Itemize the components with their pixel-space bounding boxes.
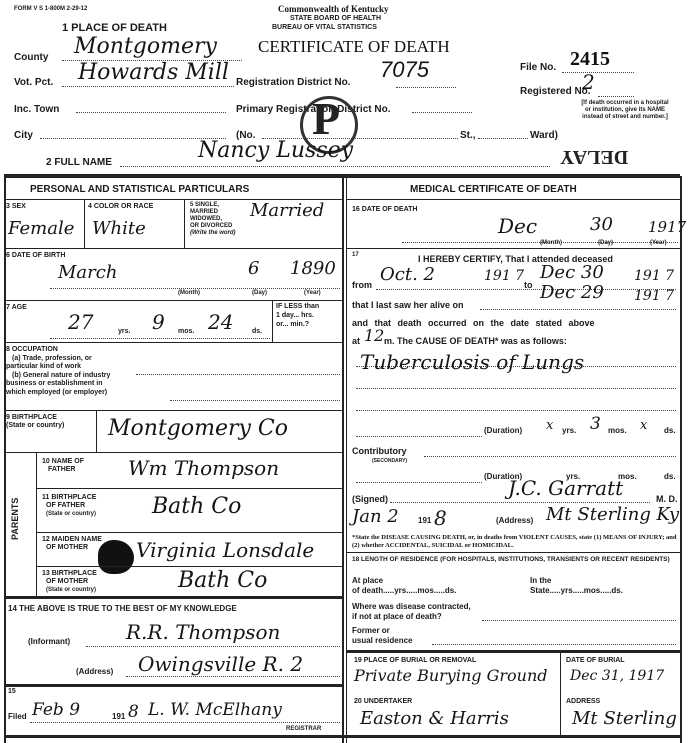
- age-months: 9: [152, 310, 165, 334]
- label-line: 13 BIRTHPLACE: [42, 570, 97, 578]
- md-label: M. D.: [656, 494, 678, 504]
- burial-label: 19 PLACE OF BURIAL OR REMOVAL: [354, 657, 476, 664]
- marital-label-line: MARRIED: [190, 209, 236, 216]
- divider: [184, 200, 185, 248]
- duration-mos[interactable]: 3: [590, 414, 601, 434]
- mother-name-value[interactable]: Virginia Lonsdale: [136, 538, 314, 562]
- duration-ds[interactable]: x: [640, 418, 647, 433]
- ink-blot: [98, 540, 134, 574]
- to-label: to: [524, 280, 533, 290]
- ward-field[interactable]: [478, 128, 528, 139]
- filed-year-prefix: 191: [112, 712, 125, 721]
- occupation-line: particular kind of work: [6, 363, 110, 372]
- occupation-line: (a) Trade, profession, or: [6, 355, 110, 364]
- last-saw-field[interactable]: [480, 303, 676, 310]
- less-than-label: IF LESS than 1 day... hrs. or... min.?: [276, 302, 319, 329]
- label-line: FATHER: [42, 466, 84, 474]
- last-saw-label: that I last saw her alive on: [352, 300, 464, 310]
- registration-district-field[interactable]: 7075: [396, 75, 456, 88]
- less-than-line: 1 day... hrs.: [276, 311, 319, 320]
- full-name-field[interactable]: Nancy Lussey: [120, 156, 550, 167]
- ds-label: ds.: [252, 328, 262, 335]
- marital-label-line: OR DIVORCED: [190, 223, 236, 230]
- yrs-label: yrs.: [562, 426, 576, 435]
- last-saw-value: Dec 29: [540, 282, 604, 303]
- undertaker-address-label: ADDRESS: [566, 698, 600, 705]
- ds-label-2: ds.: [664, 472, 676, 481]
- registration-district-label: Registration District No.: [236, 77, 350, 88]
- birthplace-sub: (State or country): [6, 422, 64, 430]
- occupation-line: business or establishment in: [6, 380, 110, 389]
- sex-label: 3 SEX: [6, 203, 26, 210]
- informant-label: (Informant): [28, 637, 70, 646]
- cause-value: Tuberculosis of Lungs: [360, 350, 584, 374]
- medical-heading: MEDICAL CERTIFICATE OF DEATH: [410, 184, 577, 195]
- age-label: 7 AGE: [6, 304, 27, 311]
- day-caption: (Day): [252, 290, 267, 296]
- day-caption: (Day): [598, 240, 613, 246]
- personal-heading: PERSONAL AND STATISTICAL PARTICULARS: [30, 184, 249, 195]
- from-label: from: [352, 280, 372, 290]
- month-caption: (Month): [540, 240, 562, 246]
- divider: [560, 652, 561, 736]
- at-label: at: [352, 336, 360, 346]
- contracted-field[interactable]: [482, 616, 676, 621]
- file-no-label: File No.: [520, 62, 556, 73]
- certificate-title: CERTIFICATE OF DEATH: [258, 37, 450, 57]
- label-line: 11 BIRTHPLACE: [42, 494, 96, 502]
- divider: [5, 596, 342, 599]
- registered-no-label: Registered No.: [520, 86, 591, 97]
- residence-heading: 18 LENGTH OF RESIDENCE (FOR HOSPITALS, I…: [352, 556, 678, 564]
- dod-year: 1917: [648, 218, 686, 236]
- former-residence-label: Former or usual residence: [352, 626, 412, 646]
- occupation-a-field[interactable]: [136, 370, 340, 375]
- frame-right: [680, 176, 682, 743]
- divider: [5, 248, 342, 249]
- father-birthplace-value[interactable]: Bath Co: [152, 494, 241, 519]
- mother-birthplace-value[interactable]: Bath Co: [178, 568, 267, 593]
- month-caption: (Month): [178, 290, 200, 296]
- divider: [347, 650, 680, 653]
- dob-year: 1890: [290, 258, 336, 279]
- birthplace-value[interactable]: Montgomery Co: [108, 416, 288, 441]
- birthplace-label: 9 BIRTHPLACE (State or country): [6, 414, 64, 430]
- dod-day: 30: [590, 214, 613, 235]
- label-line: At place: [352, 576, 456, 586]
- to-value: Dec 30: [540, 262, 604, 283]
- marital-label-line: (Write the word): [190, 230, 236, 237]
- footnote: *State the DISEASE CAUSING DEATH, or, in…: [352, 534, 678, 550]
- label-line: (State or country): [42, 510, 96, 518]
- year-caption: (Year): [650, 240, 667, 246]
- doctor-address-label: (Address): [496, 516, 533, 525]
- divider: [5, 342, 342, 343]
- parents-label: PARENTS: [10, 498, 20, 540]
- burial-value[interactable]: Private Burying Ground: [354, 666, 548, 685]
- divider: [37, 566, 342, 567]
- divider: [5, 684, 342, 687]
- former-residence-field[interactable]: [432, 640, 676, 645]
- label-line: Former or: [352, 626, 412, 636]
- mother-birthplace-label: 13 BIRTHPLACE OF MOTHER (State or countr…: [42, 570, 97, 594]
- filed-no: 15: [8, 688, 16, 695]
- full-name-label: 2 FULL NAME: [46, 157, 112, 168]
- undertaker-address-value[interactable]: Mt Sterling: [572, 708, 677, 729]
- occupation-line: which employed (or employer): [6, 389, 110, 398]
- bureau-name: BUREAU OF VITAL STATISTICS: [272, 24, 377, 31]
- label-line: OF FATHER: [42, 502, 96, 510]
- filed-date: Feb 9: [32, 700, 80, 720]
- label-line: usual residence: [352, 636, 412, 646]
- divider: [347, 248, 680, 249]
- divider: [37, 532, 342, 533]
- cause-line-2[interactable]: [356, 384, 676, 389]
- label-line: 10 NAME OF: [42, 458, 84, 466]
- commonwealth-title: Commonwealth of Kentucky: [278, 4, 389, 14]
- label-line: OF MOTHER: [42, 578, 97, 586]
- year-caption: (Year): [304, 290, 321, 296]
- last-saw-year: 191 7: [634, 288, 674, 304]
- father-birthplace-label: 11 BIRTHPLACE OF FATHER (State or countr…: [42, 494, 96, 518]
- divider: [37, 488, 342, 489]
- registrar-value: L. W. McElhany: [148, 700, 282, 720]
- from-year: 191 7: [484, 268, 524, 284]
- burial-date-label: DATE OF BURIAL: [566, 657, 625, 664]
- father-name-value[interactable]: Wm Thompson: [128, 456, 279, 480]
- st-label: St.,: [460, 130, 476, 141]
- informant-value: R.R. Thompson: [126, 620, 280, 644]
- divider: [5, 735, 681, 738]
- age-years: 27: [68, 310, 93, 334]
- father-name-label: 10 NAME OF FATHER: [42, 458, 84, 474]
- vot-pct-field[interactable]: Howards Mill: [62, 74, 234, 87]
- label-line: In the: [530, 576, 623, 586]
- duration-yrs[interactable]: x: [546, 418, 553, 433]
- file-no-value: 2415: [570, 48, 610, 71]
- label-line: Where was disease contracted,: [352, 602, 471, 612]
- stamp-delay: DELAY: [560, 145, 628, 168]
- informant-address-label: (Address): [76, 667, 113, 676]
- filed-year-suffix: 8: [128, 702, 139, 722]
- label-line: 12 MAIDEN NAME: [42, 536, 102, 544]
- occupation-line: (b) General nature of industry: [6, 372, 110, 381]
- mos-label: mos.: [178, 328, 194, 335]
- label-line: if not at place of death?: [352, 612, 471, 622]
- full-name-value: Nancy Lussey: [198, 138, 353, 163]
- county-value: Montgomery: [74, 34, 217, 59]
- doctor-address-value[interactable]: Mt Sterling Ky: [546, 504, 679, 525]
- signed-value: J.C. Garratt: [508, 476, 623, 500]
- less-than-line: IF LESS than: [276, 302, 319, 311]
- frame-left: [4, 176, 6, 743]
- inc-town-label: Inc. Town: [14, 104, 59, 115]
- label-line: State.....yrs.....mos.....ds.: [530, 586, 623, 596]
- mos-label: mos.: [608, 426, 627, 435]
- form-number: FORM V S 1-800M 2-29-12: [14, 6, 87, 12]
- registered-no-field[interactable]: 2: [598, 84, 634, 97]
- marital-value[interactable]: Married: [250, 200, 324, 221]
- hospital-note: [If death occurred in a hospital or inst…: [580, 100, 670, 121]
- duration-label: (Duration): [484, 426, 522, 435]
- dob-label: 6 DATE OF BIRTH: [6, 252, 65, 259]
- duration-lead-2: [356, 478, 482, 483]
- registered-no-value: 2: [582, 70, 595, 94]
- sex-value[interactable]: Female: [8, 218, 74, 239]
- mother-name-label: 12 MAIDEN NAME OF MOTHER: [42, 536, 102, 552]
- registration-district-value: 7075: [380, 57, 429, 83]
- undertaker-label: 20 UNDERTAKER: [354, 698, 412, 705]
- divider: [96, 410, 97, 452]
- divider: [347, 552, 680, 553]
- city-label: City: [14, 130, 33, 141]
- occupation-b-field[interactable]: [170, 396, 340, 401]
- file-no-field[interactable]: 2415: [562, 60, 634, 73]
- divider: [272, 300, 273, 342]
- frame-middle-2: [346, 176, 347, 743]
- ds-label: ds.: [664, 426, 676, 435]
- filed-label: Filed: [8, 712, 27, 721]
- cert-no: 17: [352, 252, 359, 258]
- vot-pct-value: Howards Mill: [78, 60, 229, 85]
- at-value[interactable]: 12: [364, 326, 384, 345]
- signed-label: (Signed): [352, 494, 388, 504]
- marital-label-line: 5 SINGLE,: [190, 202, 236, 209]
- inc-town-field[interactable]: [76, 102, 226, 113]
- dod-label: 16 DATE OF DEATH: [352, 206, 417, 213]
- divider: [5, 300, 342, 301]
- registrar-label: REGISTRAR: [286, 726, 321, 732]
- marital-label: 5 SINGLE, MARRIED WIDOWED, OR DIVORCED (…: [190, 202, 236, 237]
- less-than-line: or... min.?: [276, 320, 319, 329]
- contributory-label: Contributory: [352, 446, 407, 456]
- signed-date[interactable]: Jan 2: [352, 506, 399, 527]
- frame-middle: [342, 176, 344, 743]
- occupation-heading: 8 OCCUPATION: [6, 346, 110, 355]
- ward-label: Ward): [530, 130, 558, 141]
- burial-date-value[interactable]: Dec 31, 1917: [570, 668, 664, 684]
- yrs-label: yrs.: [118, 328, 130, 335]
- undertaker-value[interactable]: Easton & Harris: [360, 708, 509, 729]
- board-name: STATE BOARD OF HEALTH: [290, 15, 381, 22]
- at-place-label: At place of death.....yrs.....mos.....ds…: [352, 576, 456, 596]
- cause-text: m. The CAUSE OF DEATH* was as follows:: [384, 336, 567, 346]
- label-line: of death.....yrs.....mos.....ds.: [352, 586, 456, 596]
- signed-year-suffix: 8: [434, 506, 447, 530]
- in-state-label: In the State.....yrs.....mos.....ds.: [530, 576, 623, 596]
- color-label: 4 COLOR OR RACE: [88, 203, 153, 210]
- contracted-label: Where was disease contracted, if not at …: [352, 602, 471, 622]
- divider: [84, 200, 85, 248]
- primary-registration-field[interactable]: [412, 102, 472, 113]
- occurred-text: and that death occurred on the date stat…: [352, 318, 595, 328]
- place-of-death-heading: 1 PLACE OF DEATH: [62, 22, 167, 34]
- informant-address-value: Owingsville R. 2: [138, 652, 303, 676]
- contributory-field[interactable]: [424, 452, 676, 457]
- label-line: (State or country): [42, 586, 97, 594]
- divider: [347, 199, 680, 200]
- dob-day: 6: [248, 258, 259, 279]
- marital-label-line: WIDOWED,: [190, 216, 236, 223]
- divider: [5, 452, 342, 453]
- color-value[interactable]: White: [92, 218, 146, 239]
- age-days: 24: [208, 310, 233, 334]
- cause-line-3[interactable]: [356, 406, 676, 411]
- informant-heading: 14 THE ABOVE IS TRUE TO THE BEST OF MY K…: [8, 604, 237, 613]
- from-value: Oct. 2: [380, 264, 435, 285]
- dob-month: March: [58, 262, 117, 283]
- county-label: County: [14, 52, 48, 63]
- signed-year-prefix: 191: [418, 516, 431, 525]
- dod-month: Dec: [498, 214, 537, 238]
- birthplace-heading: 9 BIRTHPLACE: [6, 414, 64, 422]
- secondary-label: (SECONDARY): [372, 458, 407, 464]
- to-year: 191 7: [634, 268, 674, 284]
- duration-lead: [356, 432, 482, 437]
- occupation-label: 8 OCCUPATION (a) Trade, profession, or p…: [6, 346, 110, 397]
- vot-pct-label: Vot. Pct.: [14, 77, 53, 88]
- divider: [5, 410, 342, 411]
- divider: [36, 452, 37, 596]
- label-line: OF MOTHER: [42, 544, 102, 552]
